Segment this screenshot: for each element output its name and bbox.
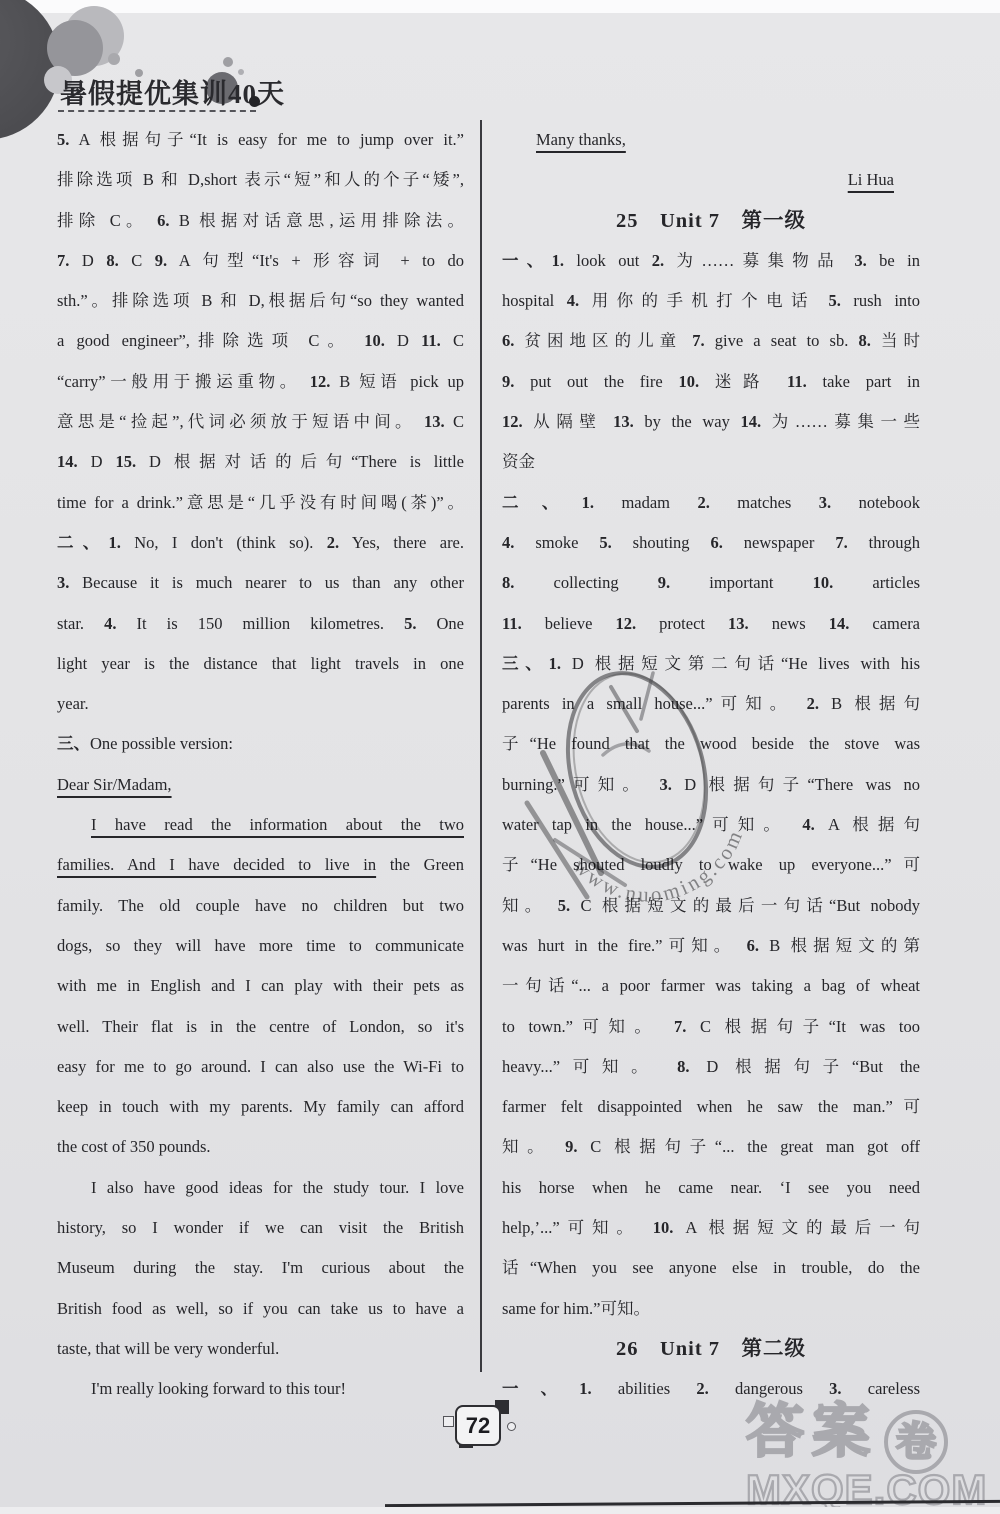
text-line: taste, that will be very wonderful. xyxy=(57,1329,464,1369)
text-segment: 2. xyxy=(327,533,339,552)
text-segment: 话“When you see anyone else in trouble, d… xyxy=(502,1258,920,1277)
text-segment: 二、1. xyxy=(57,533,121,552)
text-segment: abilities xyxy=(592,1379,697,1398)
text-segment: 2. xyxy=(696,1379,708,1398)
text-segment: 11. xyxy=(421,331,441,350)
text-line: hospital 4. 用你的手机打个电话 5. rush into xyxy=(502,281,920,321)
text-line: well. Their flat is in the centre of Lon… xyxy=(57,1007,464,1047)
text-segment: hospital xyxy=(502,291,567,310)
text-line: easy for me to go around. I can also use… xyxy=(57,1047,464,1087)
text-segment: 3. xyxy=(819,493,831,512)
text-line: 排除 C。 6. B 根据对话意思,运用排除法。 xyxy=(57,201,464,241)
text-segment: 6. xyxy=(157,211,169,230)
text-segment: 8. xyxy=(858,331,870,350)
text-line: help,’...”可知。 10. A 根据短文的最后一句 xyxy=(502,1208,920,1248)
text-segment: 11. xyxy=(787,372,807,391)
text-line: Dear Sir/Madam, xyxy=(57,765,464,805)
text-segment: 13. xyxy=(728,614,749,633)
decorative-circle xyxy=(108,53,120,65)
text-segment: taste, that will be very wonderful. xyxy=(57,1339,279,1358)
text-segment: C xyxy=(441,331,464,350)
text-segment: dangerous xyxy=(709,1379,829,1398)
text-segment: 2. xyxy=(697,493,709,512)
text-segment: Museum during the stay. I'm curious abou… xyxy=(57,1258,464,1277)
text-segment: 25 Unit 7 第一级 xyxy=(616,210,806,232)
text-line: dogs, so they will have more time to com… xyxy=(57,926,464,966)
text-segment: 14. xyxy=(829,614,850,633)
text-line: star. 4. It is 150 million kilometres. 5… xyxy=(57,604,464,644)
text-segment: protect xyxy=(636,614,728,633)
text-line: to town.”可知。 7. C 根据句子“It was too xyxy=(502,1007,920,1047)
text-line: his horse when he came near. ‘I see you … xyxy=(502,1168,920,1208)
text-segment: 14. xyxy=(57,452,78,471)
text-segment: 13. xyxy=(424,412,445,431)
text-segment: camera xyxy=(849,614,920,633)
text-segment: 当时 xyxy=(871,331,920,350)
text-segment: A 句型“It's + 形容词 + to do xyxy=(167,251,464,270)
text-line: 8. collecting 9. important 10. articles xyxy=(502,563,920,603)
text-segment: light year is the distance that light tr… xyxy=(57,654,464,673)
text-segment: the cost of 350 pounds. xyxy=(57,1137,211,1156)
watermark-brand-circle-icon: 卷 xyxy=(884,1410,948,1474)
text-segment: D xyxy=(69,251,106,270)
ink-stamp: www.nuoming.com xyxy=(515,635,775,935)
text-line: family. The old couple have no children … xyxy=(57,886,464,926)
decorative-circle xyxy=(223,57,233,67)
text-segment: A 根据句 xyxy=(815,815,920,834)
text-segment: matches xyxy=(710,493,819,512)
text-segment: C 根据句子“It was too xyxy=(686,1017,920,1036)
text-segment: well. Their flat is in the centre of Lon… xyxy=(57,1017,464,1036)
text-line: Museum during the stay. I'm curious abou… xyxy=(57,1248,464,1288)
text-segment: 26 Unit 7 第二级 xyxy=(616,1338,806,1360)
text-segment: was hurt in the fire.”可知。 xyxy=(502,936,747,955)
text-segment: 8. xyxy=(502,573,514,592)
text-segment: 6. xyxy=(710,533,722,552)
text-line: I also have good ideas for the study tou… xyxy=(57,1168,464,1208)
text-segment: rush into xyxy=(841,291,920,310)
text-line: a good engineer”,排除选项 C。 10. D 11. C xyxy=(57,321,464,361)
text-segment: A 根据句子“It is easy for me to jump over it… xyxy=(69,130,464,149)
text-segment: by the way xyxy=(634,412,741,431)
text-line: keep in touch with my parents. My family… xyxy=(57,1087,464,1127)
text-segment: believe xyxy=(522,614,616,633)
text-segment: 一句话“... a poor farmer was taking a bag o… xyxy=(502,976,920,995)
text-segment: 12. xyxy=(310,372,331,391)
text-line: 5. A 根据句子“It is easy for me to jump over… xyxy=(57,120,464,160)
text-segment: British food as well, so if you can take… xyxy=(57,1299,464,1318)
text-segment: No, I don't (think so). xyxy=(121,533,327,552)
text-segment: with me in English and I can play with t… xyxy=(57,976,464,995)
text-line: families. And I have decided to live in … xyxy=(57,845,464,885)
text-segment: family. The old couple have no children … xyxy=(57,896,464,915)
text-segment: B 短语 pick up xyxy=(330,372,464,391)
text-line: 三、One possible version: xyxy=(57,724,464,764)
text-segment: 7. xyxy=(674,1017,686,1036)
text-segment: 9. xyxy=(658,573,670,592)
text-segment: 8. xyxy=(106,251,118,270)
text-segment: year. xyxy=(57,694,89,713)
text-segment: shouting xyxy=(612,533,711,552)
text-segment: 5. xyxy=(57,130,69,149)
text-line: 资金 xyxy=(502,442,920,482)
text-line: 排除选项 B 和 D,short 表示“短”和人的个子“矮”, xyxy=(57,160,464,200)
text-segment: 3. xyxy=(829,1379,841,1398)
text-line: light year is the distance that light tr… xyxy=(57,644,464,684)
scanned-page: 暑假提优集训40天 5. A 根据句子“It is easy for me to… xyxy=(0,0,1000,1514)
badge-hollow-square xyxy=(443,1416,454,1427)
text-segment: 10. xyxy=(813,573,834,592)
text-segment: 二、1. xyxy=(502,493,594,512)
text-segment: a good engineer”,排除选项 C。 xyxy=(57,331,364,350)
watermark-brand-text: 答案 xyxy=(746,1399,878,1464)
text-segment: 4. xyxy=(104,614,116,633)
text-segment: I'm really looking forward to this tour! xyxy=(91,1379,346,1398)
text-segment: to town.”可知。 xyxy=(502,1017,674,1036)
text-segment: keep in touch with my parents. My family… xyxy=(57,1097,464,1116)
site-watermark: 答案卷 MXQE.COM xyxy=(746,1400,1000,1514)
text-segment: 5. xyxy=(404,614,416,633)
text-segment: 迷路 xyxy=(699,372,787,391)
text-segment: One xyxy=(416,614,464,633)
text-segment: madam xyxy=(594,493,697,512)
text-segment: farmer felt disappointed when he saw the… xyxy=(502,1097,920,1116)
text-segment: Dear Sir/Madam, xyxy=(57,775,172,794)
text-segment: easy for me to go around. I can also use… xyxy=(57,1057,464,1076)
text-segment: 6. xyxy=(502,331,514,350)
text-segment: 从隔壁 xyxy=(523,412,613,431)
text-line: 一、1. look out 2. 为……募集物品 3. be in xyxy=(502,241,920,281)
text-segment: 一、1. xyxy=(502,251,564,270)
text-segment: 一、1. xyxy=(502,1379,592,1398)
text-segment: articles xyxy=(833,573,920,592)
text-line: farmer felt disappointed when he saw the… xyxy=(502,1087,920,1127)
text-segment: 14. xyxy=(741,412,762,431)
text-line: I have read the information about the tw… xyxy=(57,805,464,845)
text-segment: Li Hua xyxy=(848,170,894,189)
page-number: 72 xyxy=(455,1405,501,1446)
text-line: 二、1. No, I don't (think so). 2. Yes, the… xyxy=(57,523,464,563)
text-line: history, so I wonder if we can visit the… xyxy=(57,1208,464,1248)
text-segment: “carry”一般用于搬运重物。 xyxy=(57,372,310,391)
text-line: 3. Because it is much nearer to us than … xyxy=(57,563,464,603)
text-segment: C 根据句子“... the great man got off xyxy=(578,1137,921,1156)
text-line: 7. D 8. C 9. A 句型“It's + 形容词 + to do xyxy=(57,241,464,281)
text-segment: 8. xyxy=(677,1057,689,1076)
text-segment: news xyxy=(749,614,829,633)
section-heading: 26 Unit 7 第二级 xyxy=(502,1329,920,1369)
text-segment: Because it is much nearer to us than any… xyxy=(69,573,464,592)
page-number-badge: 72 xyxy=(443,1398,521,1454)
text-segment: the Green xyxy=(376,855,464,874)
text-segment: history, so I wonder if we can visit the… xyxy=(57,1218,464,1237)
text-segment: be in xyxy=(867,251,920,270)
scan-bottom-margin xyxy=(0,1507,1000,1514)
text-segment: 2. xyxy=(652,251,664,270)
text-segment: 用你的手机打个电话 xyxy=(579,291,828,310)
text-segment: I also have good ideas for the study tou… xyxy=(91,1178,464,1197)
text-segment: 4. xyxy=(502,533,514,552)
text-segment: look out xyxy=(564,251,652,270)
text-segment: Many thanks, xyxy=(536,130,626,149)
watermark-brand-circle-char: 卷 xyxy=(896,1420,936,1464)
text-segment: B 根据短文的第 xyxy=(759,936,920,955)
text-line: 二、1. madam 2. matches 3. notebook xyxy=(502,483,920,523)
text-segment: 7. xyxy=(835,533,847,552)
text-segment: D 根据句子“But the xyxy=(690,1057,920,1076)
text-segment: D xyxy=(385,331,421,350)
text-line: same for him.”可知。 xyxy=(502,1289,920,1329)
text-segment: 3. xyxy=(57,573,69,592)
text-segment: 5. xyxy=(599,533,611,552)
text-line: Many thanks, xyxy=(502,120,920,160)
column-divider xyxy=(480,120,482,1372)
text-segment: 10. xyxy=(679,372,700,391)
text-line: “carry”一般用于搬运重物。 12. B 短语 pick up xyxy=(57,362,464,402)
scan-top-margin xyxy=(0,0,1000,13)
text-line: British food as well, so if you can take… xyxy=(57,1289,464,1329)
text-segment: B 根据对话意思,运用排除法。 xyxy=(169,211,464,230)
text-line: I'm really looking forward to this tour! xyxy=(57,1369,464,1409)
text-line: heavy...”可知。 8. D 根据句子“But the xyxy=(502,1047,920,1087)
text-segment: dogs, so they will have more time to com… xyxy=(57,936,464,955)
left-column: 5. A 根据句子“It is easy for me to jump over… xyxy=(57,120,464,1410)
text-segment: 10. xyxy=(653,1218,674,1237)
text-segment: put out the fire xyxy=(514,372,678,391)
text-segment: heavy...”可知。 xyxy=(502,1057,677,1076)
text-segment: 6. xyxy=(747,936,759,955)
text-segment: 9. xyxy=(155,251,167,270)
text-segment: his horse when he came near. ‘I see you … xyxy=(502,1178,920,1197)
text-line: 意思是“捡起”,代词必须放于短语中间。 13. C xyxy=(57,402,464,442)
text-line: 12. 从隔壁 13. by the way 14. 为……募集一些 xyxy=(502,402,920,442)
text-segment: notebook xyxy=(831,493,920,512)
text-segment: 贫困地区的儿童 xyxy=(514,331,692,350)
text-segment: families. And I have decided to live in xyxy=(57,855,376,874)
text-segment: 知。 xyxy=(502,1137,565,1156)
text-segment: 三、 xyxy=(57,734,90,753)
text-segment: help,’...”可知。 xyxy=(502,1218,653,1237)
text-segment: C xyxy=(445,412,464,431)
watermark-brand: 答案卷 xyxy=(746,1400,1000,1464)
text-segment: 为……募集物品 xyxy=(664,251,854,270)
text-segment: take part in xyxy=(807,372,920,391)
text-segment: 资金 xyxy=(502,452,535,471)
text-line: sth.”。排除选项 B 和 D,根据后句“so they wanted xyxy=(57,281,464,321)
text-line: 一句话“... a poor farmer was taking a bag o… xyxy=(502,966,920,1006)
title-dot xyxy=(249,96,260,107)
text-segment: star. xyxy=(57,614,104,633)
text-line: 14. D 15. D 根据对话的后句“There is little xyxy=(57,442,464,482)
text-segment: newspaper xyxy=(723,533,835,552)
text-segment: 为……募集一些 xyxy=(761,412,920,431)
text-segment: 12. xyxy=(502,412,523,431)
text-segment: through xyxy=(848,533,920,552)
text-segment: collecting xyxy=(514,573,657,592)
title-underline-dashed xyxy=(58,110,256,112)
text-segment: give a seat to sb. xyxy=(705,331,859,350)
text-segment: A 根据短文的最后一句 xyxy=(673,1218,920,1237)
text-segment: 15. xyxy=(115,452,136,471)
text-segment: 11. xyxy=(502,614,522,633)
text-segment: sth.”。排除选项 B 和 D,根据后句“so they wanted xyxy=(57,291,464,310)
text-line: 9. put out the fire 10. 迷路 11. take part… xyxy=(502,362,920,402)
badge-hollow-circle xyxy=(507,1422,516,1431)
text-segment: 7. xyxy=(692,331,704,350)
text-line: the cost of 350 pounds. xyxy=(57,1127,464,1167)
section-heading: 25 Unit 7 第一级 xyxy=(502,201,920,241)
text-line: time for a drink.”意思是“几乎没有时间喝(茶)”。 xyxy=(57,483,464,523)
text-line: year. xyxy=(57,684,464,724)
text-line: Li Hua xyxy=(502,160,920,200)
text-segment: same for him.”可知。 xyxy=(502,1299,650,1318)
text-segment: B 根据句 xyxy=(819,694,920,713)
text-segment: One possible version: xyxy=(90,734,233,753)
text-segment: 意思是“捡起”,代词必须放于短语中间。 xyxy=(57,412,424,431)
text-segment: 10. xyxy=(364,331,385,350)
text-segment: 9. xyxy=(502,372,514,391)
text-segment: 4. xyxy=(567,291,579,310)
text-segment: I have read the information about the tw… xyxy=(91,815,464,834)
text-line: 话“When you see anyone else in trouble, d… xyxy=(502,1248,920,1288)
text-segment: It is 150 million kilometres. xyxy=(116,614,404,633)
text-line: with me in English and I can play with t… xyxy=(57,966,464,1006)
text-segment: 排除 C。 xyxy=(57,211,157,230)
text-segment: 12. xyxy=(615,614,636,633)
text-segment: 5. xyxy=(828,291,840,310)
text-segment: careless xyxy=(842,1379,920,1398)
text-segment: Yes, there are. xyxy=(339,533,464,552)
text-segment: smoke xyxy=(514,533,599,552)
text-line: 4. smoke 5. shouting 6. newspaper 7. thr… xyxy=(502,523,920,563)
text-segment: C xyxy=(119,251,155,270)
text-line: 知。 9. C 根据句子“... the great man got off xyxy=(502,1127,920,1167)
text-segment: D 根据对话的后句“There is little xyxy=(136,452,464,471)
text-line: 6. 贫困地区的儿童 7. give a seat to sb. 8. 当时 xyxy=(502,321,920,361)
text-segment: time for a drink.”意思是“几乎没有时间喝(茶)”。 xyxy=(57,493,464,512)
text-segment: 3. xyxy=(854,251,866,270)
text-segment: 4. xyxy=(802,815,814,834)
text-segment: important xyxy=(670,573,812,592)
text-segment: D xyxy=(78,452,116,471)
text-segment: 7. xyxy=(57,251,69,270)
text-segment: 9. xyxy=(565,1137,577,1156)
text-segment: 13. xyxy=(613,412,634,431)
text-segment: 2. xyxy=(807,694,819,713)
text-segment: 排除选项 B 和 D,short 表示“短”和人的个子“矮”, xyxy=(57,170,464,189)
